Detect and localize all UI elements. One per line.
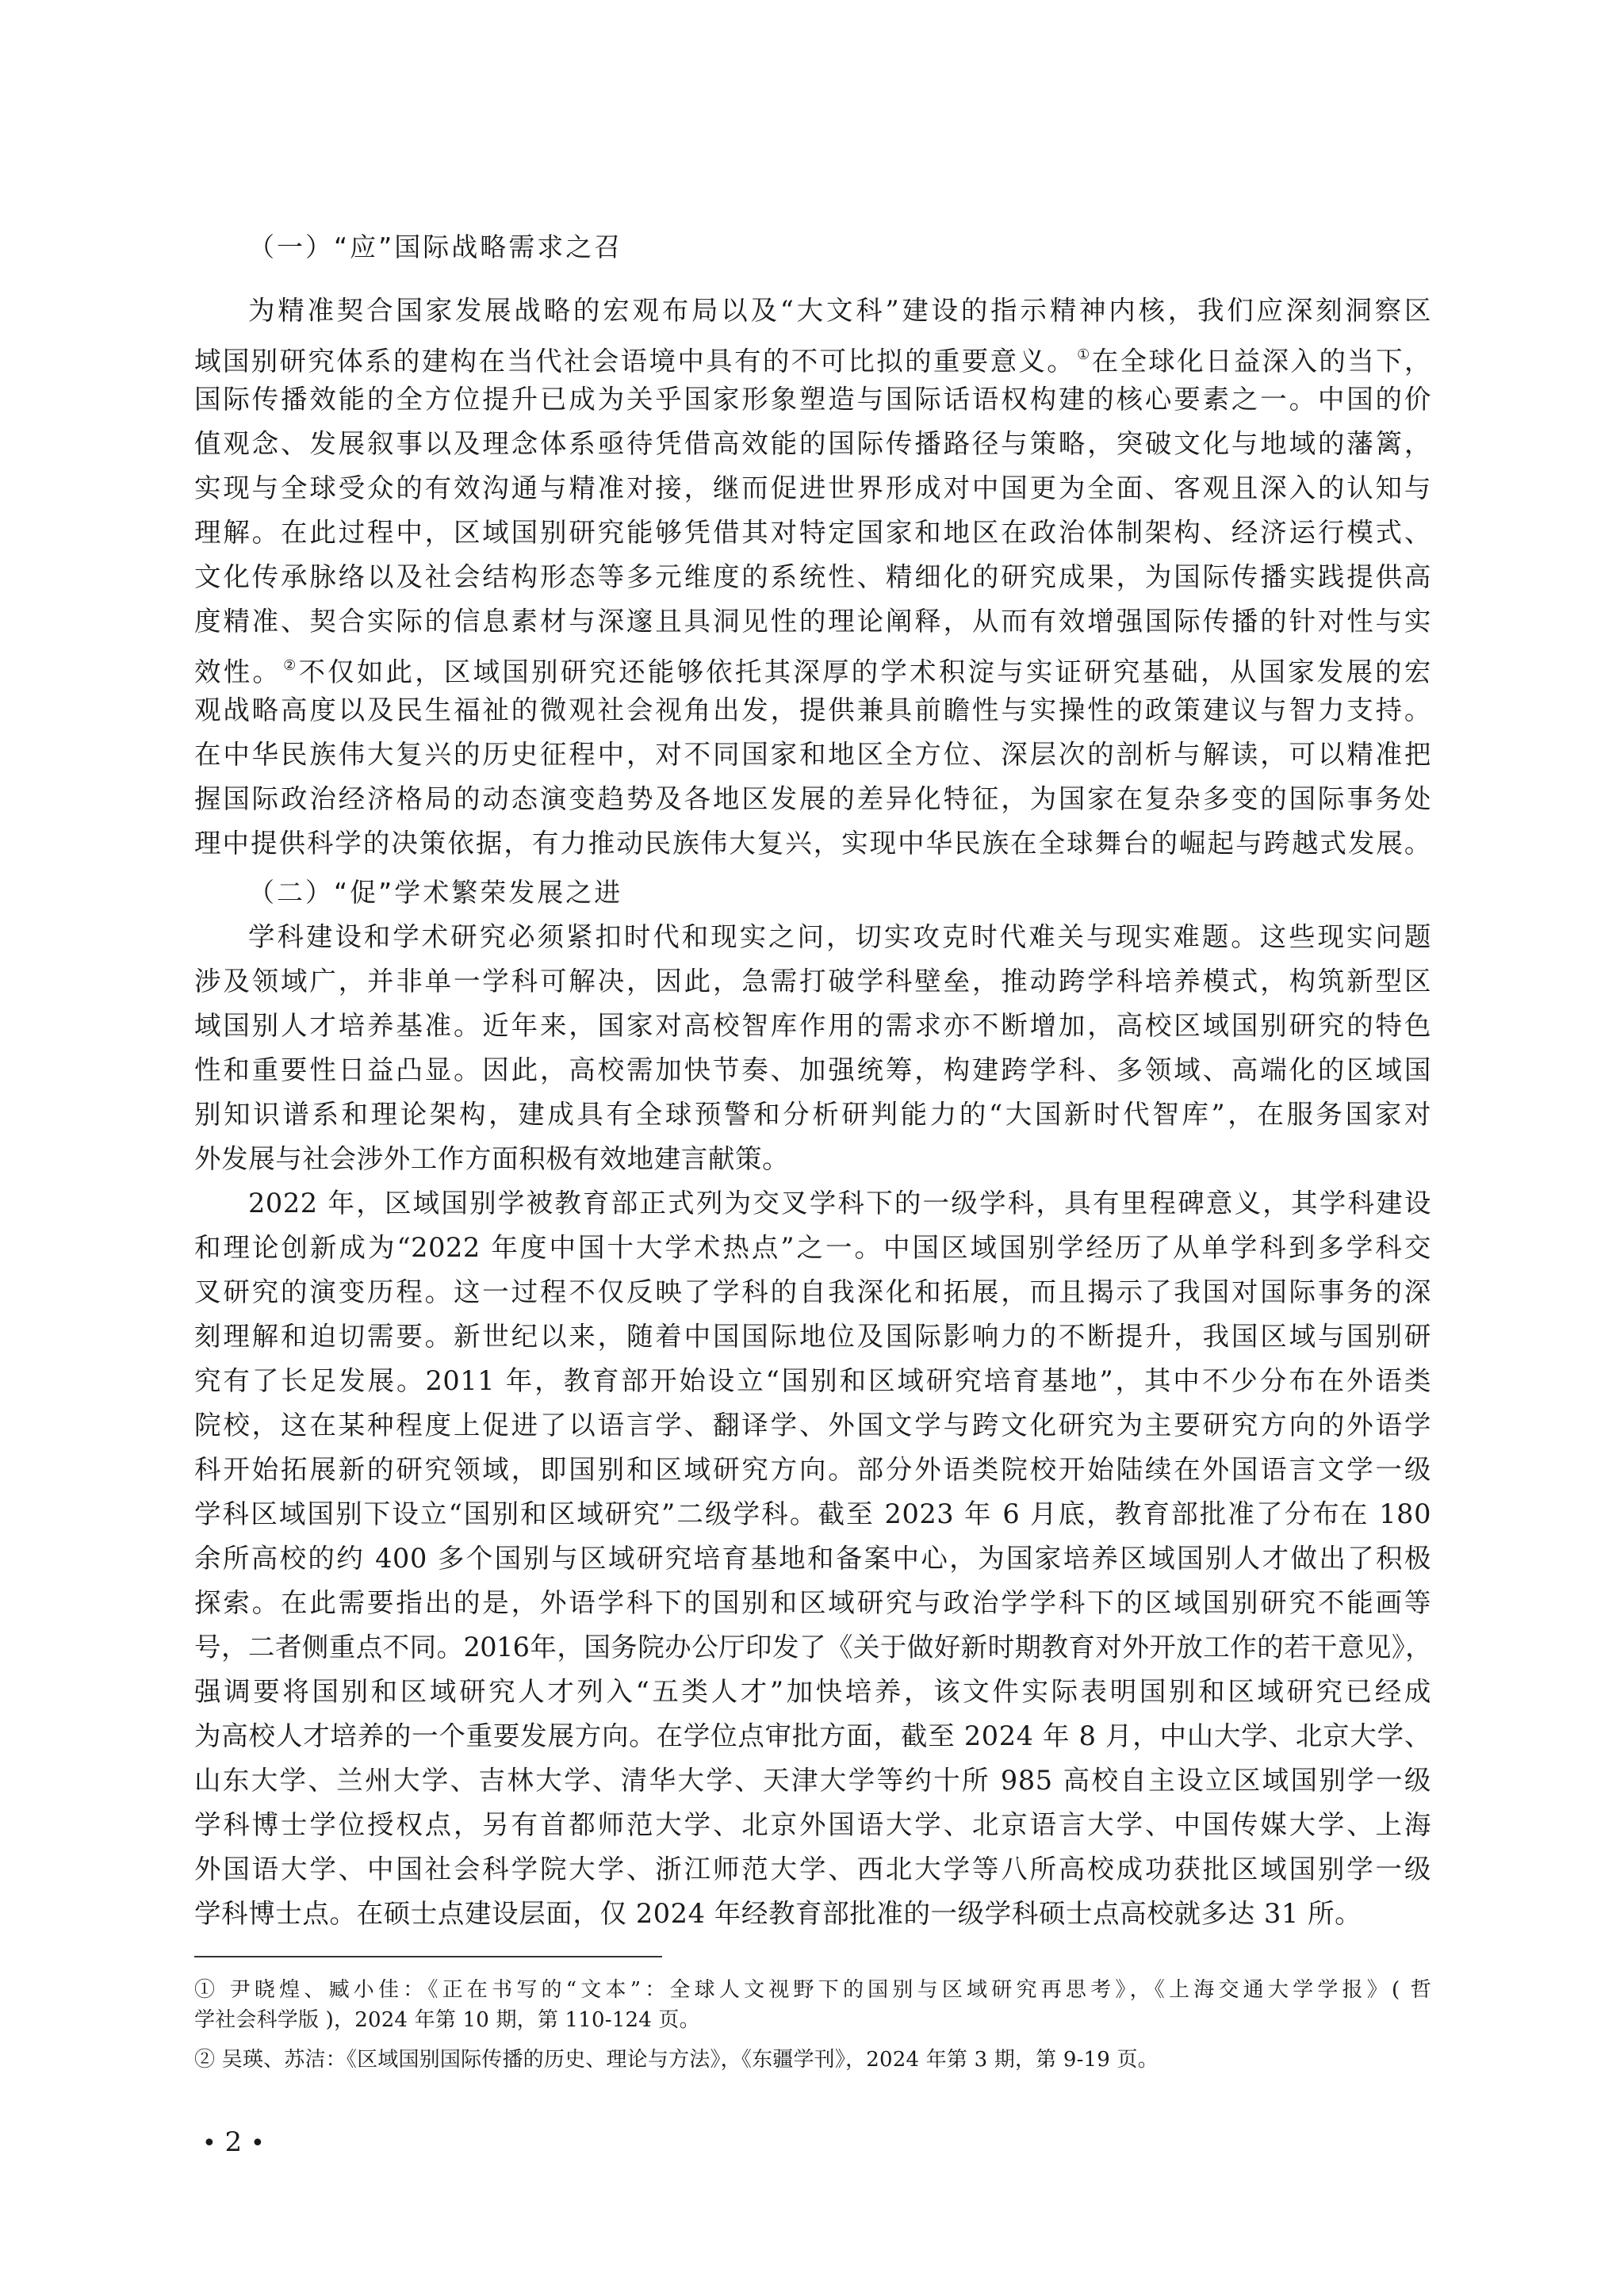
text-line: 外发展与社会涉外工作方面积极有效地建言献策。 [194,1142,1431,1177]
footnote-1-line1: ① 尹晓煌、臧小佳：《正在书写的“文本”：全球人文视野下的国别与区域研究再思考》… [194,1976,1431,2003]
text-line: 文化传承脉络以及社会结构形态等多元维度的系统性、精细化的研究成果，为国际传播实践… [194,560,1431,595]
page-number-value: 2 [225,2126,243,2158]
text-line: 2022 年，区域国别学被教育部正式列为交叉学科下的一级学科，具有里程碑意义，其… [194,1186,1431,1221]
footnote-divider [194,1956,662,1957]
text-line: 学科博士学位授权点，另有首都师范大学、北京外国语大学、北京语言大学、中国传媒大学… [194,1808,1431,1843]
text-line: 号，二者侧重点不同。2016年，国务院办公厅印发了《关于做好新时期教育对外开放工… [194,1630,1431,1665]
text-line: 实现与全球受众的有效沟通与精准对接，继而促进世界形成对中国更为全面、客观且深入的… [194,471,1431,506]
text-line: 学科博士点。在硕士点建设层面，仅 2024 年经教育部批准的一级学科硕士点高校就… [194,1896,1431,1931]
text-line: 科开始拓展新的研究领域，即国别和区域研究方向。部分外语类院校开始陆续在外国语言文… [194,1452,1431,1487]
text-line: 值观念、发展叙事以及理念体系亟待凭借高效能的国际传播路径与策略，突破文化与地域的… [194,427,1431,461]
text-line: 学科区域国别下设立“国别和区域研究”二级学科。截至 2023 年 6 月底，教育… [194,1497,1431,1532]
text-line: 外国语大学、中国社会科学院大学、浙江师范大学、西北大学等八所高校成功获批区域国别… [194,1852,1431,1887]
text-line: 强调要将国别和区域研究人才列入“五类人才”加快培养，该文件实际表明国别和区域研究… [194,1674,1431,1709]
text-span: 域国别研究体系的建构在当代社会语境中具有的不可比拟的重要意义。 [194,346,1075,377]
text-line: 性和重要性日益凸显。因此，高校需加快节奏、加强统筹，构建跨学科、多领域、高端化的… [194,1053,1431,1088]
text-line: 院校，这在某种程度上促进了以语言学、翻译学、外国文学与跨文化研究为主要研究方向的… [194,1408,1431,1443]
text-line: 涉及领域广，并非单一学科可解决，因此，急需打破学科壁垒，推动跨学科培养模式，构筑… [194,964,1431,999]
text-line: 效性。②不仅如此，区域国别研究还能够依托其深厚的学术积淀与实证研究基础，从国家发… [194,649,1431,683]
text-line: 探索。在此需要指出的是，外语学科下的国别和区域研究与政治学学科下的区域国别研究不… [194,1586,1431,1621]
text-line: 为高校人才培养的一个重要发展方向。在学位点审批方面，截至 2024 年 8 月，… [194,1719,1431,1754]
text-line: 余所高校的约 400 多个国别与区域研究培育基地和备案中心，为国家培养区域国别人… [194,1541,1431,1576]
text-span: 不仅如此，区域国别研究还能够依托其深厚的学术积淀与实证研究基础，从国家发展的宏 [298,656,1431,687]
section-heading-1: （一）“应”国际战略需求之召 [248,230,622,265]
text-line: 在中华民族伟大复兴的历史征程中，对不同国家和地区全方位、深层次的剖析与解读，可以… [194,737,1431,772]
text-line: 和理论创新成为“2022 年度中国十大学术热点”之一。中国区域国别学经历了从单学… [194,1230,1431,1265]
text-line: 国际传播效能的全方位提升已成为关乎国家形象塑造与国际话语权构建的核心要素之一。中… [194,382,1431,417]
text-line: 理解。在此过程中，区域国别研究能够凭借其对特定国家和地区在政治体制架构、经济运行… [194,515,1431,550]
text-line: 度精准、契合实际的信息素材与深邃且具洞见性的理论阐释，从而有效增强国际传播的针对… [194,604,1431,639]
footnote-ref-1[interactable]: ① [1077,346,1091,363]
text-line: 观战略高度以及民生福祉的微观社会视角出发，提供兼具前瞻性与实操性的政策建议与智力… [194,693,1431,728]
bullet-icon: • [202,2130,216,2157]
footnote-ref-2[interactable]: ② [283,657,298,674]
footnote-2: ② 吴瑛、苏洁：《区域国别国际传播的历史、理论与方法》，《东疆学刊》，2024 … [194,2046,1431,2073]
page-number: • 2 • [202,2125,265,2161]
text-line: 学科建设和学术研究必须紧扣时代和现实之问，切实攻克时代难关与现实难题。这些现实问… [194,920,1431,955]
text-line: 别知识谱系和理论架构，建成具有全球预警和分析研判能力的“大国新时代智库”，在服务… [194,1097,1431,1132]
footnote-1-line2: 学社会科学版 )，2024 年第 10 期，第 110-124 页。 [194,2007,1431,2034]
text-line: 山东大学、兰州大学、吉林大学、清华大学、天津大学等约十所 985 高校自主设立区… [194,1763,1431,1798]
text-span: 效性。 [194,656,282,687]
text-line: 理中提供科学的决策依据，有力推动民族伟大复兴，实现中华民族在全球舞台的崛起与跨越… [194,826,1431,861]
text-line: 域国别人才培养基准。近年来，国家对高校智库作用的需求亦不断增加，高校区域国别研究… [194,1008,1431,1043]
text-line: 域国别研究体系的建构在当代社会语境中具有的不可比拟的重要意义。①在全球化日益深入… [194,338,1431,373]
text-span: 在全球化日益深入的当下， [1092,346,1431,377]
text-line: 握国际政治经济格局的动态演变趋势及各地区发展的差异化特征，为国家在复杂多变的国际… [194,782,1431,817]
text-line: 刻理解和迫切需要。新世纪以来，随着中国国际地位及国际影响力的不断提升，我国区域与… [194,1319,1431,1354]
bullet-icon: • [251,2130,265,2157]
section-heading-2: （二）“促”学术繁荣发展之进 [248,875,622,910]
text-line: 为精准契合国家发展战略的宏观布局以及“大文科”建设的指示精神内核，我们应深刻洞察… [194,293,1431,328]
text-line: 叉研究的演变历程。这一过程不仅反映了学科的自我深化和拓展，而且揭示了我国对国际事… [194,1275,1431,1310]
text-line: 究有了长足发展。2011 年，教育部开始设立“国别和区域研究培育基地”，其中不少… [194,1364,1431,1399]
